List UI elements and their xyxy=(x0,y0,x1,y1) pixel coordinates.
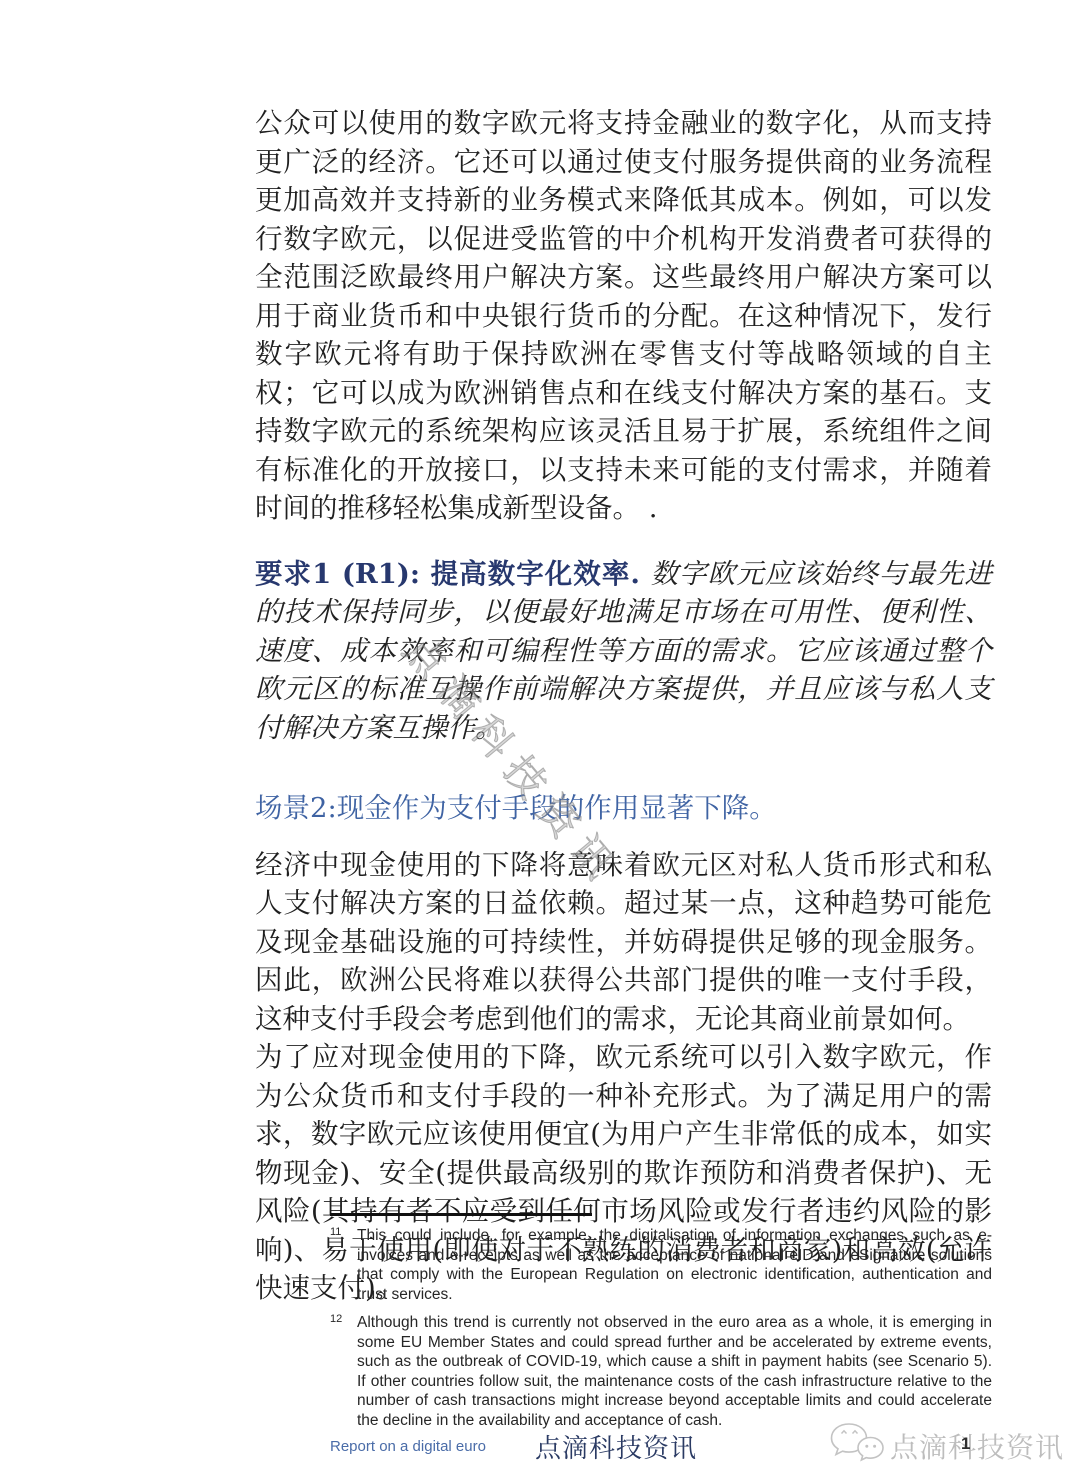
footer-brand-name: 点滴科技资讯 xyxy=(535,1428,697,1465)
footnote-separator-line xyxy=(330,1213,592,1216)
footnote-12-number: 12 xyxy=(330,1310,342,1330)
footer-brand-logo: 点滴科技资讯 xyxy=(828,1414,1068,1466)
document-page: 公众可以使用的数字欧元将支持金融业的数字化，从而支持更广泛的经济。它还可以通过使… xyxy=(0,0,1080,1468)
body-paragraph-digital-euro-support: 公众可以使用的数字欧元将支持金融业的数字化，从而支持更广泛的经济。它还可以通过使… xyxy=(255,104,992,528)
body-paragraph-cash-decline: 经济中现金使用的下降将意味着欧元区对私人货币形式和私人支付解决方案的日益依赖。超… xyxy=(255,846,992,1039)
footnote-11: 11 This could include, for example, the … xyxy=(330,1226,992,1304)
footnote-12: 12 Although this trend is currently not … xyxy=(330,1313,992,1430)
footer-logo-brand-text: 点滴科技资讯 xyxy=(890,1426,1064,1466)
footnotes-section: 11 This could include, for example, the … xyxy=(330,1226,992,1439)
requirement-r1-label: 要求1 (R1): 提高数字化效率. xyxy=(255,558,651,590)
page-number: 1 xyxy=(961,1434,970,1454)
footnote-11-number: 11 xyxy=(330,1223,341,1243)
main-text-column: 公众可以使用的数字欧元将支持金融业的数字化，从而支持更广泛的经济。它还可以通过使… xyxy=(255,104,992,1308)
footnote-11-text: This could include, for example, the dig… xyxy=(357,1227,992,1303)
chat-bubbles-logo-icon xyxy=(828,1420,886,1468)
requirement-r1-paragraph: 要求1 (R1): 提高数字化效率. 数字欧元应该始终与最先进的技术保持同步，以… xyxy=(255,555,992,748)
footer-report-title: Report on a digital euro xyxy=(330,1438,486,1455)
scenario-2-heading: 场景2:现金作为支付手段的作用显著下降。 xyxy=(255,789,992,828)
footnote-12-text: Although this trend is currently not obs… xyxy=(357,1314,992,1429)
